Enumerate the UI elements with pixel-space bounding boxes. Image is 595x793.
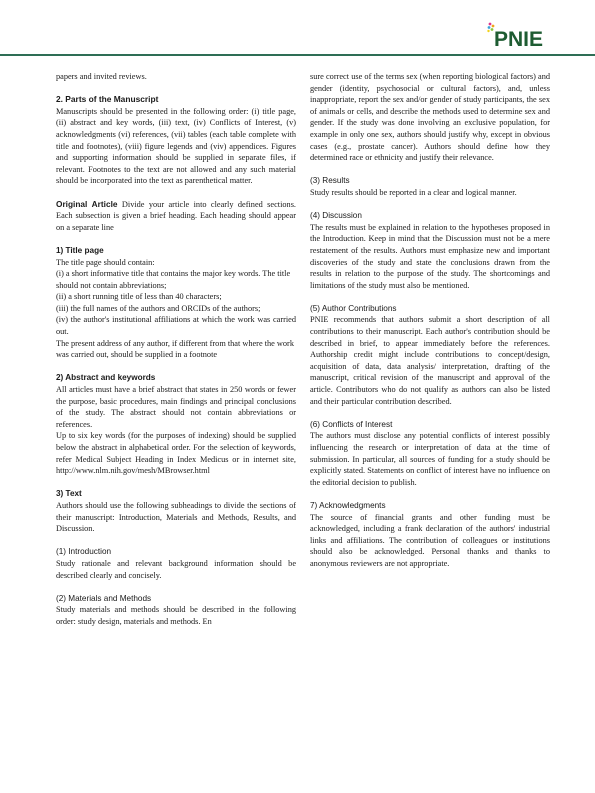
section-acknowledgments: 7) Acknowledgments The source of financi… (310, 500, 550, 570)
results-body: Study results should be reported in a cl… (310, 187, 550, 199)
subsection-heading: (6) Conflicts of Interest (310, 419, 550, 431)
conflicts-body: The authors must disclose any potential … (310, 430, 550, 488)
section-contributions: (5) Author Contributions PNIE recommends… (310, 303, 550, 407)
subsection-heading: 1) Title page (56, 245, 296, 257)
header-rule (0, 54, 595, 56)
section-abstract: 2) Abstract and keywords All articles mu… (56, 372, 296, 476)
section-parts: 2. Parts of the Manuscript Manuscripts s… (56, 94, 296, 187)
subsection-heading: (1) Introduction (56, 546, 296, 558)
original-article-paragraph: Original Article Divide your article int… (56, 199, 296, 234)
materials-continued: sure correct use of the terms sex (when … (310, 71, 550, 164)
section-materials: (2) Materials and Methods Study material… (56, 593, 296, 628)
keywords-body: Up to six key words (for the purposes of… (56, 430, 296, 476)
left-column: papers and invited reviews. 2. Parts of … (56, 71, 296, 639)
section-results: (3) Results Study results should be repo… (310, 175, 550, 198)
title-page-line: The title page should contain: (56, 257, 296, 269)
title-page-line: The present address of any author, if di… (56, 338, 296, 361)
section-title-page: 1) Title page The title page should cont… (56, 245, 296, 361)
acknowledgments-body: The source of financial grants and other… (310, 512, 550, 570)
subsection-heading: (3) Results (310, 175, 550, 187)
right-column: sure correct use of the terms sex (when … (310, 71, 550, 581)
subsection-heading: 3) Text (56, 488, 296, 500)
abstract-body: All articles must have a brief abstract … (56, 384, 296, 430)
subsection-heading: (5) Author Contributions (310, 303, 550, 315)
discussion-body: The results must be explained in relatio… (310, 222, 550, 292)
text-body: Authors should use the following subhead… (56, 500, 296, 535)
section-heading: 2. Parts of the Manuscript (56, 94, 296, 106)
section-body: Manuscripts should be presented in the f… (56, 106, 296, 187)
page-header: PNIE (0, 0, 595, 56)
section-introduction: (1) Introduction Study rationale and rel… (56, 546, 296, 581)
contributions-body: PNIE recommends that authors submit a sh… (310, 314, 550, 407)
intro-tail: papers and invited reviews. (56, 71, 296, 83)
title-page-line: (iii) the full names of the authors and … (56, 303, 296, 315)
section-discussion: (4) Discussion The results must be expla… (310, 210, 550, 291)
title-page-line: (ii) a short running title of less than … (56, 291, 296, 303)
materials-body: Study materials and methods should be de… (56, 604, 296, 627)
subsection-heading: (4) Discussion (310, 210, 550, 222)
original-article-label: Original Article (56, 199, 118, 209)
subsection-heading: 2) Abstract and keywords (56, 372, 296, 384)
section-text: 3) Text Authors should use the following… (56, 488, 296, 534)
subsection-heading: 7) Acknowledgments (310, 500, 550, 512)
subsection-heading: (2) Materials and Methods (56, 593, 296, 605)
title-page-line: (iv) the author's institutional affiliat… (56, 314, 296, 337)
section-conflicts: (6) Conflicts of Interest The authors mu… (310, 419, 550, 489)
title-page-line: (i) a short informative title that conta… (56, 268, 296, 291)
logo-text: PNIE (494, 28, 543, 52)
introduction-body: Study rationale and relevant background … (56, 558, 296, 581)
